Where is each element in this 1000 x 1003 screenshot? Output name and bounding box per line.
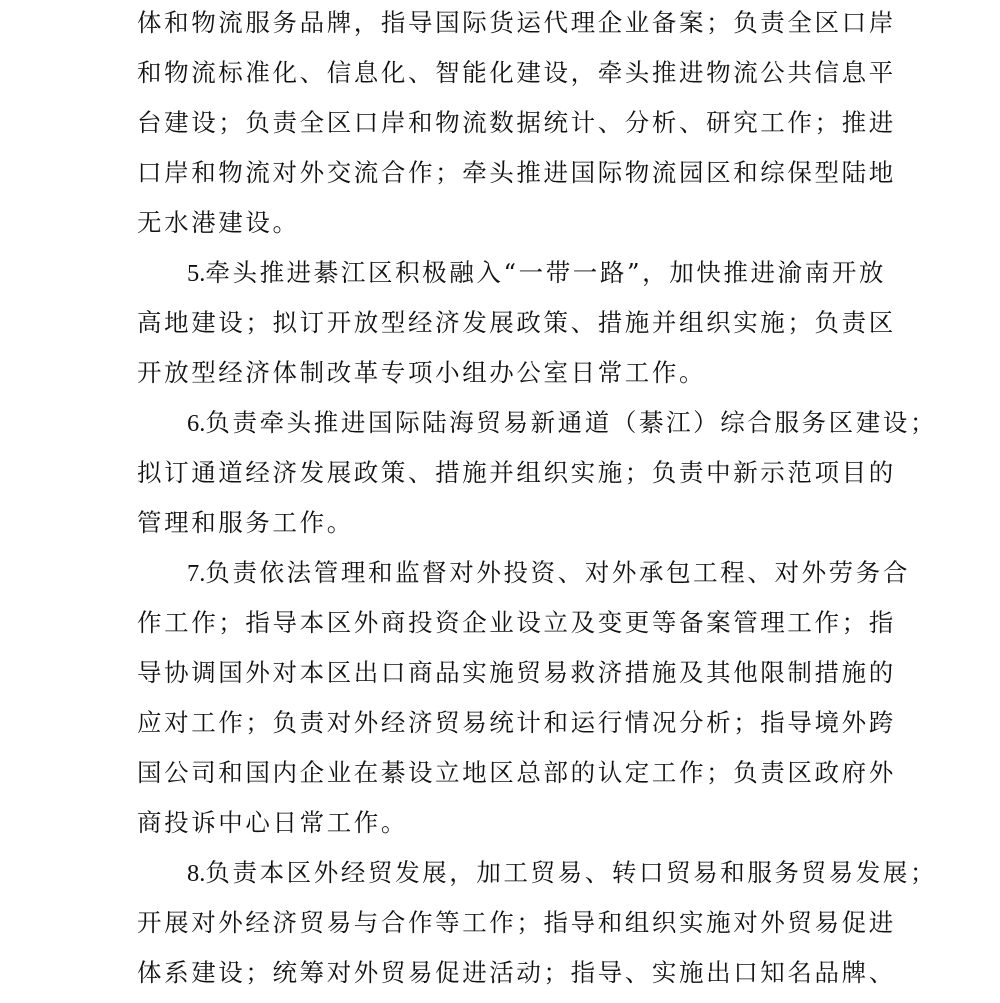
text-line: 口岸和物流对外交流合作；牵头推进国际物流园区和综保型陆地 (137, 148, 881, 198)
text-line: 开展对外经济贸易与合作等工作；指导和组织实施对外贸易促进 (137, 898, 881, 948)
item-number: 5. (187, 260, 205, 287)
paragraph-item-5: 5.牵头推进綦江区积极融入“一带一路”，加快推进渝南开放 高地建设；拟订开放型经… (137, 248, 881, 398)
text-line-content: 负责牵头推进国际陆海贸易新通道（綦江）综合服务区建设； (205, 408, 937, 437)
text-line: 高地建设；拟订开放型经济发展政策、措施并组织实施；负责区 (137, 298, 881, 348)
text-line: 无水港建设。 (137, 198, 881, 248)
text-line: 开放型经济体制改革专项小组办公室日常工作。 (137, 348, 881, 398)
paragraph-item-6: 6.负责牵头推进国际陆海贸易新通道（綦江）综合服务区建设； 拟订通道经济发展政策… (137, 398, 881, 548)
text-line: 导协调国外对本区出口商品实施贸易救济措施及其他限制措施的 (137, 648, 881, 698)
item-number: 8. (187, 860, 205, 887)
text-line-first: 6.负责牵头推进国际陆海贸易新通道（綦江）综合服务区建设； (137, 398, 881, 448)
item-number: 6. (187, 410, 205, 437)
text-line-first: 7.负责依法管理和监督对外投资、对外承包工程、对外劳务合 (137, 548, 881, 598)
text-line-first: 8.负责本区外经贸发展，加工贸易、转口贸易和服务贸易发展； (137, 848, 881, 898)
text-line: 体系建设；统筹对外贸易促进活动；指导、实施出口知名品牌、 (137, 948, 881, 998)
text-line-content: 负责依法管理和监督对外投资、对外承包工程、对外劳务合 (205, 558, 910, 587)
item-number: 7. (187, 560, 205, 587)
document-page: 体和物流服务品牌，指导国际货运代理企业备案；负责全区口岸 和物流标准化、信息化、… (137, 0, 881, 998)
text-line: 商投诉中心日常工作。 (137, 798, 881, 848)
text-line-first: 5.牵头推进綦江区积极融入“一带一路”，加快推进渝南开放 (137, 248, 881, 298)
text-line: 国公司和国内企业在綦设立地区总部的认定工作；负责区政府外 (137, 748, 881, 798)
text-line: 体和物流服务品牌，指导国际货运代理企业备案；负责全区口岸 (137, 0, 881, 48)
text-line: 作工作；指导本区外商投资企业设立及变更等备案管理工作；指 (137, 598, 881, 648)
paragraph-item-8: 8.负责本区外经贸发展，加工贸易、转口贸易和服务贸易发展； 开展对外经济贸易与合… (137, 848, 881, 998)
text-line: 和物流标准化、信息化、智能化建设，牵头推进物流公共信息平 (137, 48, 881, 98)
paragraph-continuation: 体和物流服务品牌，指导国际货运代理企业备案；负责全区口岸 和物流标准化、信息化、… (137, 0, 881, 248)
text-line: 台建设；负责全区口岸和物流数据统计、分析、研究工作；推进 (137, 98, 881, 148)
text-line: 拟订通道经济发展政策、措施并组织实施；负责中新示范项目的 (137, 448, 881, 498)
text-line: 应对工作；负责对外经济贸易统计和运行情况分析；指导境外跨 (137, 698, 881, 748)
text-line: 管理和服务工作。 (137, 498, 881, 548)
text-line-content: 牵头推进綦江区积极融入“一带一路”，加快推进渝南开放 (205, 258, 886, 287)
text-line-content: 负责本区外经贸发展，加工贸易、转口贸易和服务贸易发展； (205, 858, 937, 887)
paragraph-item-7: 7.负责依法管理和监督对外投资、对外承包工程、对外劳务合 作工作；指导本区外商投… (137, 548, 881, 848)
